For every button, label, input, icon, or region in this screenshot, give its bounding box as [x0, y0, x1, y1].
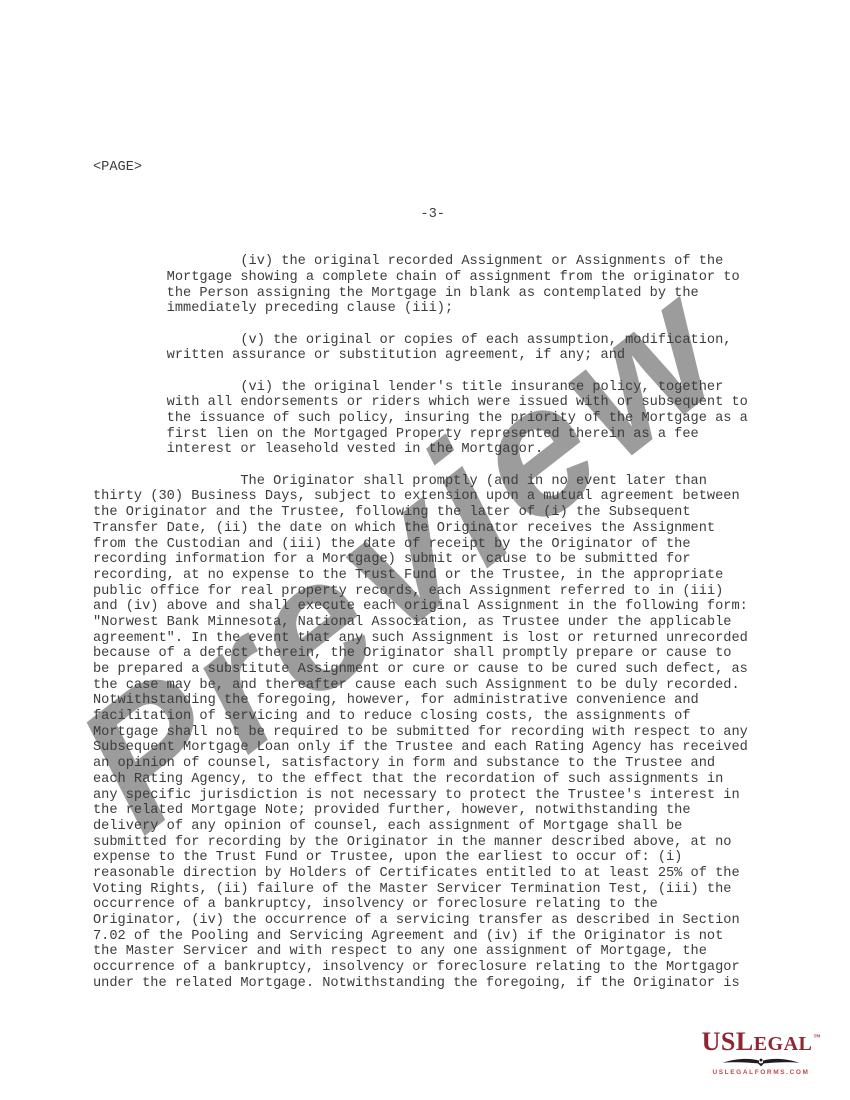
- uslegal-logo: USLEGAL™ USLEGALFORMS.COM: [693, 1026, 829, 1076]
- trademark-symbol: ™: [813, 1033, 820, 1041]
- logo-wordmark: USLEGAL™: [693, 1026, 829, 1057]
- eagle-wings-icon: [702, 1058, 820, 1067]
- logo-website: USLEGALFORMS.COM: [693, 1069, 829, 1076]
- logo-text-usl: USL: [702, 1027, 754, 1056]
- document-page: Preview <PAGE> -3- (iv) the original rec…: [0, 0, 850, 1100]
- logo-text-egal: EGAL: [754, 1033, 813, 1055]
- document-text: <PAGE> -3- (iv) the original recorded As…: [93, 160, 748, 991]
